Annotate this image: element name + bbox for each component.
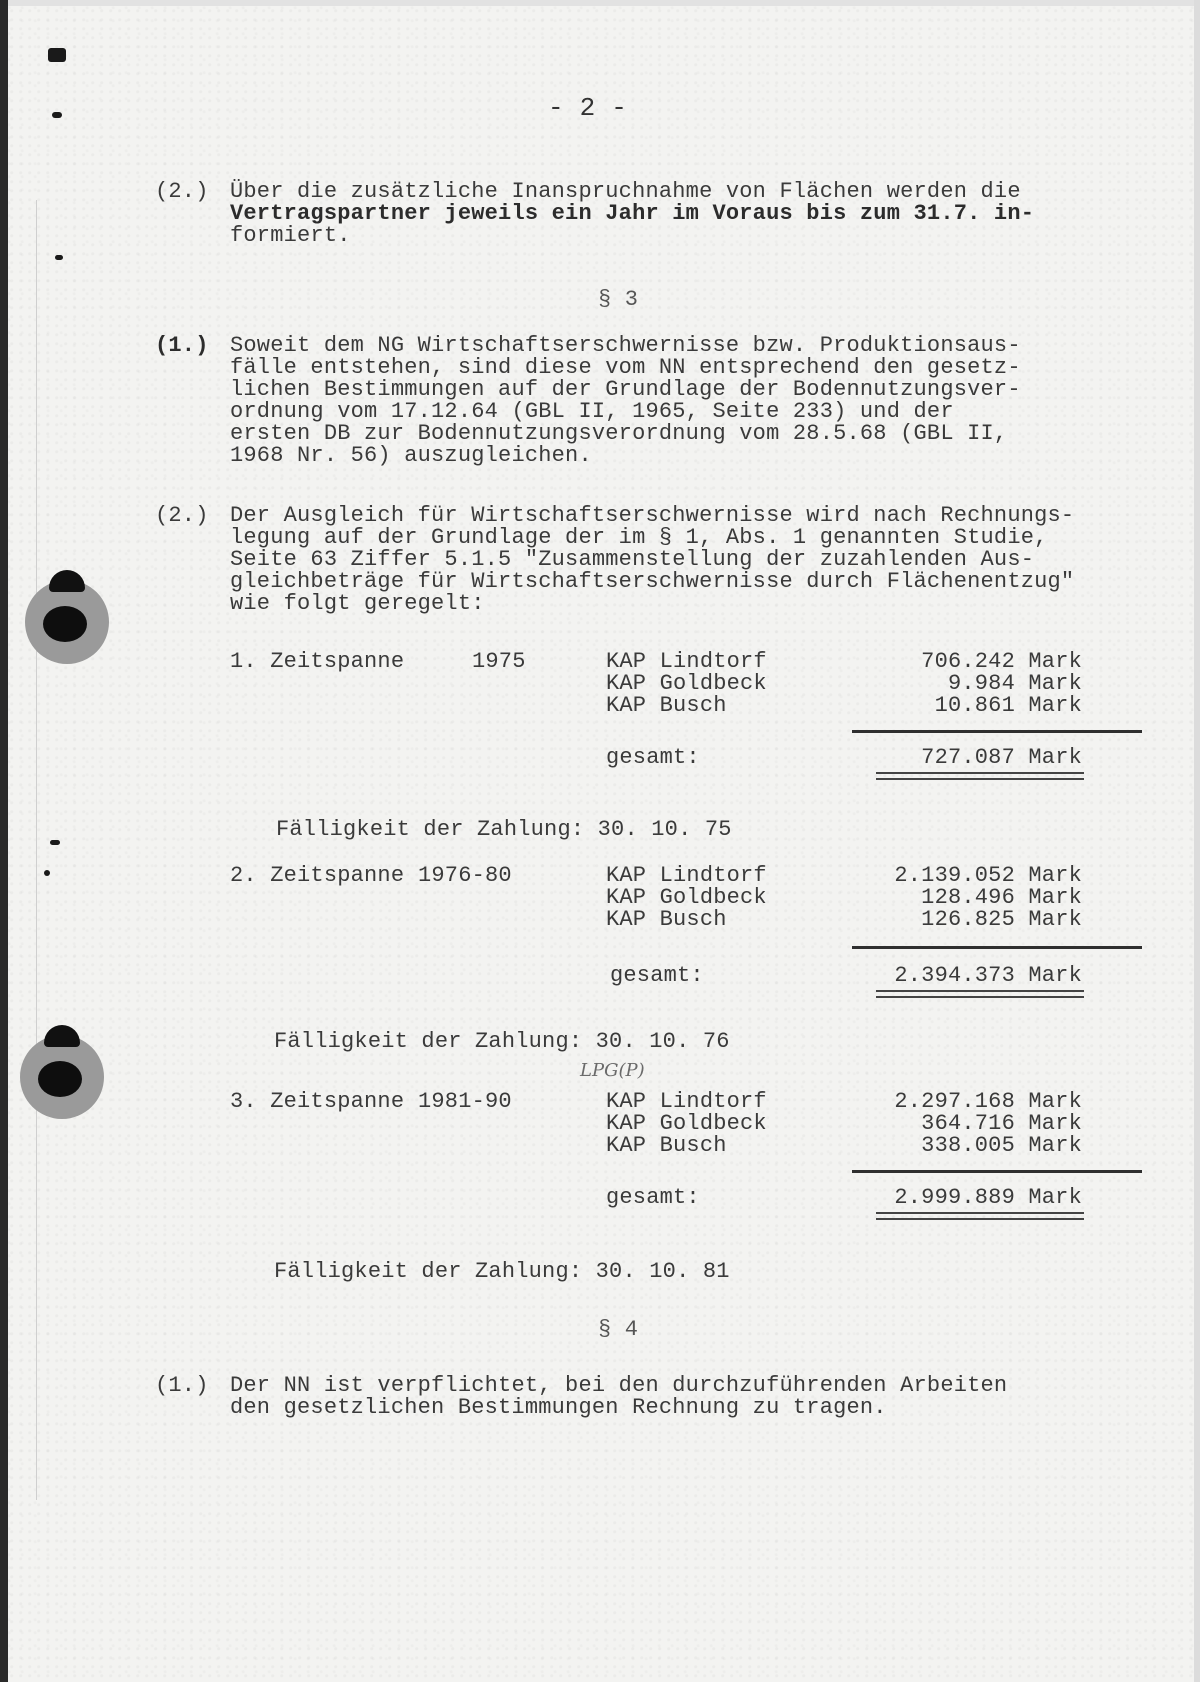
margin-mark: [44, 870, 50, 876]
period-label: 2. Zeitspanne: [230, 866, 404, 886]
period-years: 1975: [472, 652, 526, 672]
total-double-underline: [876, 1212, 1084, 1214]
total-label: gesamt:: [610, 966, 704, 986]
paragraph-line: fälle entstehen, sind diese vom NN entsp…: [230, 358, 1021, 378]
section-heading: § 3: [598, 290, 638, 310]
entry-amount: 2.297.168 Mark: [894, 1092, 1082, 1112]
scan-left-edge: [0, 0, 8, 1682]
sum-rule: [852, 1170, 1142, 1173]
paragraph-line: gleichbeträge für Wirtschaftserschwernis…: [230, 572, 1074, 592]
total-label: gesamt:: [606, 748, 700, 768]
paragraph-line: formiert.: [230, 226, 351, 246]
period-years: 1976-80: [418, 866, 512, 886]
margin-fold-line: [36, 200, 37, 1500]
paragraph-line: lichen Bestimmungen auf der Grundlage de…: [230, 380, 1021, 400]
paragraph-line: Soweit dem NG Wirtschaftserschwernisse b…: [230, 336, 1021, 356]
scan-top-edge: [0, 0, 1200, 6]
paragraph-line: Der Ausgleich für Wirtschaftserschwernis…: [230, 506, 1074, 526]
total-double-underline: [876, 778, 1084, 780]
total-amount: 2.999.889 Mark: [894, 1188, 1082, 1208]
total-amount: 2.394.373 Mark: [894, 966, 1082, 986]
margin-mark: [52, 112, 62, 118]
margin-mark: [55, 255, 63, 260]
entry-amount: 706.242 Mark: [921, 652, 1082, 672]
entry-name: KAP Lindtorf: [606, 866, 767, 886]
total-double-underline: [876, 772, 1084, 774]
sum-rule: [852, 730, 1142, 733]
total-label: gesamt:: [606, 1188, 700, 1208]
paragraph-line: wie folgt geregelt:: [230, 594, 485, 614]
entry-amount: 364.716 Mark: [921, 1114, 1082, 1134]
entry-amount: 9.984 Mark: [948, 674, 1082, 694]
paragraph-line: 1968 Nr. 56) auszugleichen.: [230, 446, 592, 466]
paragraph-line: Der NN ist verpflichtet, bei den durchzu…: [230, 1376, 1007, 1396]
due-date: Fälligkeit der Zahlung: 30. 10. 75: [276, 820, 732, 840]
paragraph-label: (2.): [155, 182, 209, 202]
margin-mark: [48, 48, 66, 62]
entry-name: KAP Busch: [606, 910, 727, 930]
paragraph-line: den gesetzlichen Bestimmungen Rechnung z…: [230, 1398, 887, 1418]
paragraph-line: Vertragspartner jeweils ein Jahr im Vora…: [230, 204, 1034, 224]
document-page: - 2 - (2.) Über die zusätzliche Inanspru…: [0, 0, 1200, 1682]
sum-rule: [852, 946, 1142, 949]
punch-hole-icon: [20, 1035, 104, 1119]
paragraph-line: ordnung vom 17.12.64 (GBL II, 1965, Seit…: [230, 402, 954, 422]
paragraph-line: ersten DB zur Bodennutzungsverordnung vo…: [230, 424, 1007, 444]
section-heading: § 4: [598, 1320, 638, 1340]
entry-amount: 128.496 Mark: [921, 888, 1082, 908]
period-label: 1. Zeitspanne: [230, 652, 404, 672]
due-date: Fälligkeit der Zahlung: 30. 10. 76: [274, 1032, 730, 1052]
entry-name: KAP Goldbeck: [606, 674, 767, 694]
entry-amount: 10.861 Mark: [935, 696, 1082, 716]
scan-right-edge: [1194, 0, 1200, 1682]
period-label: 3. Zeitspanne: [230, 1092, 404, 1112]
paragraph-line: legung auf der Grundlage der im § 1, Abs…: [230, 528, 1048, 548]
margin-mark: [50, 840, 60, 845]
paragraph-label: (1.): [155, 1376, 209, 1396]
entry-name: KAP Goldbeck: [606, 1114, 767, 1134]
total-amount: 727.087 Mark: [921, 748, 1082, 768]
total-double-underline: [876, 996, 1084, 998]
entry-amount: 2.139.052 Mark: [894, 866, 1082, 886]
entry-name: KAP Busch: [606, 696, 727, 716]
entry-name: KAP Lindtorf: [606, 652, 767, 672]
paragraph-label: (1.): [155, 336, 209, 356]
paragraph-line: Über die zusätzliche Inanspruchnahme von…: [230, 182, 1021, 202]
entry-name: KAP Goldbeck: [606, 888, 767, 908]
page-number: - 2 -: [548, 98, 627, 118]
entry-name: KAP Busch: [606, 1136, 727, 1156]
punch-hole-icon: [25, 580, 109, 664]
entry-amount: 126.825 Mark: [921, 910, 1082, 930]
paragraph-line: Seite 63 Ziffer 5.1.5 "Zusammenstellung …: [230, 550, 1034, 570]
due-date: Fälligkeit der Zahlung: 30. 10. 81: [274, 1262, 730, 1282]
total-double-underline: [876, 990, 1084, 992]
total-double-underline: [876, 1218, 1084, 1220]
handwritten-note: LPG(P): [580, 1060, 645, 1081]
period-years: 1981-90: [418, 1092, 512, 1112]
entry-amount: 338.005 Mark: [921, 1136, 1082, 1156]
paragraph-label: (2.): [155, 506, 209, 526]
entry-name: KAP Lindtorf: [606, 1092, 767, 1112]
